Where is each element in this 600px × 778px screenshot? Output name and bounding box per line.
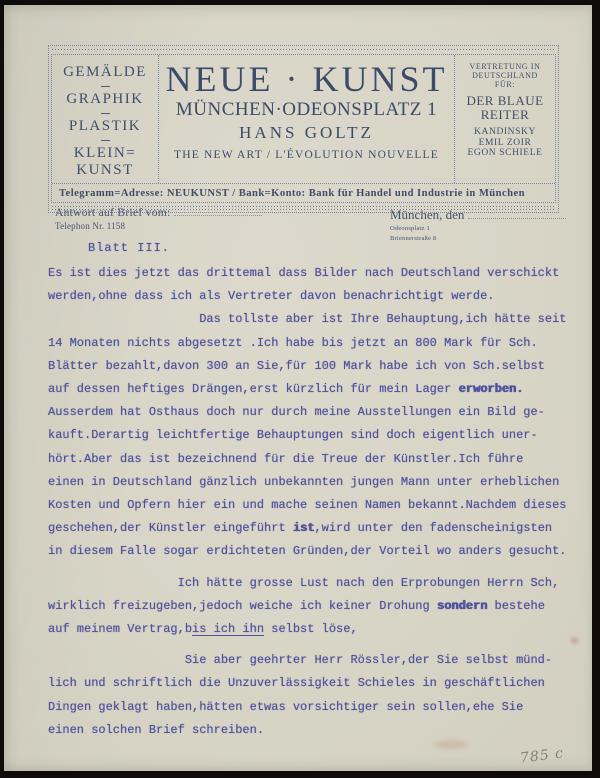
separator-dash	[101, 140, 110, 141]
letter-line: Das tollste aber ist Ihre Behauptung,ich…	[48, 308, 578, 331]
gallery-owner: HANS GOLTZ	[159, 122, 454, 143]
phone-number: Telephon Nr. 1158	[55, 221, 262, 231]
date-block: München, den Odeonsplatz 1 Briennerstraß…	[390, 207, 566, 242]
typed-text: Blätter bezahlt,davon 300 an Sie,für 100…	[48, 359, 545, 373]
typed-text: 14 Monaten nichts abgesetzt .Ich habe bi…	[48, 336, 538, 350]
typed-text: einen solchen Brief schreiben.	[48, 723, 264, 737]
letter-line: geschehen,der Künstler eingeführt ist,wi…	[48, 517, 578, 540]
pencil-inventory-number: 785 c	[519, 745, 565, 766]
artist-name: EGON SCHIELE	[455, 148, 555, 159]
artist-name: EMIL ZOIR	[455, 138, 555, 149]
typed-text: Ich hätte grosse Lust nach den Erprobung…	[48, 576, 559, 590]
letterhead-categories: GEMÄLDEGRAPHIKPLASTIKKLEIN= KUNST	[52, 55, 159, 183]
letter-paper: GEMÄLDEGRAPHIKPLASTIKKLEIN= KUNST NEUE ·…	[4, 5, 592, 771]
letterhead-representation: VERTRETUNG INDEUTSCHLANDFÜR: DER BLAUERE…	[455, 55, 555, 183]
typed-text: Es ist dies jetzt das drittemal dass Bil…	[48, 266, 559, 280]
letter-line: lich und schriftlich die Unzuverlässigke…	[48, 672, 578, 695]
ink-smudge	[434, 740, 468, 749]
letterhead: GEMÄLDEGRAPHIKPLASTIKKLEIN= KUNST NEUE ·…	[48, 45, 559, 213]
letter-line: kauft.Derartig leichtfertige Behauptunge…	[48, 424, 578, 447]
represented-group: DER BLAUEREITER	[455, 94, 555, 122]
letter-line: Kosten und Opfern hier ein und mache sei…	[48, 494, 578, 517]
category-label: GRAPHIK	[54, 91, 156, 108]
typed-text: selbst löse,	[264, 622, 358, 636]
typed-text: geschehen,der Künstler eingeführt	[48, 521, 293, 535]
underlined-text: is ich ihn	[192, 622, 264, 636]
separator-dash	[101, 113, 110, 114]
gallery-slogan: THE NEW ART / L'ÉVOLUTION NOUVELLE	[159, 149, 454, 161]
city-date-label: München, den	[390, 207, 464, 222]
overstruck-text: erworben.	[458, 382, 523, 396]
letter-body: Blatt III. Es ist dies jetzt das drittem…	[48, 241, 578, 742]
reply-label: Antwort auf Brief vom:	[55, 207, 171, 219]
typed-text: einen in Deutschland gänzlich unbekannte…	[48, 475, 559, 489]
representation-note-line: VERTRETUNG IN	[455, 62, 555, 71]
date-fill-line	[468, 218, 566, 219]
typed-text: auf dessen heftiges Drängen,erst kürzlic…	[48, 382, 458, 396]
gallery-address: MÜNCHEN·ODEONSPLATZ 1	[159, 99, 454, 121]
artist-name: KANDINSKY	[455, 127, 555, 138]
gallery-name: NEUE · KUNST	[159, 59, 454, 99]
category-label: GEMÄLDE	[54, 64, 156, 81]
typed-text: Kosten und Opfern hier ein und mache sei…	[48, 498, 566, 512]
letterhead-center: NEUE · KUNST MÜNCHEN·ODEONSPLATZ 1 HANS …	[159, 55, 455, 183]
letter-lines: Es ist dies jetzt das drittemal dass Bil…	[48, 262, 578, 742]
letter-line: auf meinem Vertrag,bis ich ihn selbst lö…	[48, 618, 578, 641]
reply-fill-line	[174, 215, 262, 216]
overstruck-text: sondern	[437, 599, 487, 613]
letter-line: hört.Aber das ist bezeichnend für die Tr…	[48, 448, 578, 471]
typed-text: lich und schriftlich die Unzuverlässigke…	[48, 676, 545, 690]
typed-text: in diesem Falle sogar erdichteten Gründe…	[48, 544, 566, 558]
sheet-number: Blatt III.	[88, 241, 578, 255]
typed-text: auf meinem Vertrag,b	[48, 622, 192, 636]
address-line-1: Odeonsplatz 1	[390, 225, 566, 233]
letter-line: Sie aber geehrter Herr Rössler,der Sie s…	[48, 649, 578, 672]
telegram-bank-line: Telegramm=Adresse: NEUKUNST / Bank=Konto…	[52, 183, 555, 202]
representation-note-line: DEUTSCHLAND	[455, 71, 555, 80]
typed-text: kauft.Derartig leichtfertige Behauptunge…	[48, 428, 538, 442]
overstruck-text: ist	[293, 521, 315, 535]
represented-artists: KANDINSKYEMIL ZOIREGON SCHIELE	[455, 127, 555, 159]
small-red-mark	[571, 637, 578, 644]
represented-group-line: REITER	[455, 108, 555, 122]
letter-line: einen in Deutschland gänzlich unbekannte…	[48, 471, 578, 494]
city-date-line: München, den	[390, 207, 566, 223]
separator-dash	[101, 86, 110, 87]
typed-text: werden,ohne dass ich als Vertreter davon…	[48, 289, 494, 303]
letter-line: Dingen geklagt haben,hätten etwas vorsic…	[48, 696, 578, 719]
typed-text: ,wird unter den fadenscheinigsten	[314, 521, 552, 535]
letterhead-top-dotted-band	[51, 48, 556, 52]
reply-block: Antwort auf Brief vom: Telephon Nr. 1158	[55, 207, 262, 231]
letter-line: wirklich freizugeben,jedoch weiche ich k…	[48, 595, 578, 618]
typed-text: Dingen geklagt haben,hätten etwas vorsic…	[48, 700, 523, 714]
letter-line: 14 Monaten nichts abgesetzt .Ich habe bi…	[48, 332, 578, 355]
letter-line: Ausserdem hat Osthaus doch nur durch mei…	[48, 401, 578, 424]
letterhead-main-row: GEMÄLDEGRAPHIKPLASTIKKLEIN= KUNST NEUE ·…	[52, 55, 555, 183]
typed-text: Das tollste aber ist Ihre Behauptung,ich…	[48, 312, 566, 326]
letter-line: werden,ohne dass ich als Vertreter davon…	[48, 285, 578, 308]
letter-line: Es ist dies jetzt das drittemal dass Bil…	[48, 262, 578, 285]
letterhead-inner-frame: GEMÄLDEGRAPHIKPLASTIKKLEIN= KUNST NEUE ·…	[51, 54, 556, 203]
category-label: KLEIN= KUNST	[54, 145, 156, 179]
letter-line: auf dessen heftiges Drängen,erst kürzlic…	[48, 378, 578, 401]
represented-group-line: DER BLAUE	[455, 94, 555, 108]
typed-text: wirklich freizugeben,jedoch weiche ich k…	[48, 599, 437, 613]
representation-note: VERTRETUNG INDEUTSCHLANDFÜR:	[455, 62, 555, 89]
photo-frame: GEMÄLDEGRAPHIKPLASTIKKLEIN= KUNST NEUE ·…	[0, 0, 600, 778]
letter-line: Blätter bezahlt,davon 300 an Sie,für 100…	[48, 355, 578, 378]
letter-line: in diesem Falle sogar erdichteten Gründe…	[48, 540, 578, 563]
typed-text: bestehe	[487, 599, 545, 613]
category-label: PLASTIK	[54, 118, 156, 135]
letter-line: Ich hätte grosse Lust nach den Erprobung…	[48, 572, 578, 595]
representation-note-line: FÜR:	[455, 80, 555, 89]
reply-label-line: Antwort auf Brief vom:	[55, 207, 262, 219]
typed-text: hört.Aber das ist bezeichnend für die Tr…	[48, 452, 523, 466]
letter-line: einen solchen Brief schreiben.	[48, 719, 578, 742]
typed-text: Ausserdem hat Osthaus doch nur durch mei…	[48, 405, 545, 419]
typed-text: Sie aber geehrter Herr Rössler,der Sie s…	[48, 653, 552, 667]
